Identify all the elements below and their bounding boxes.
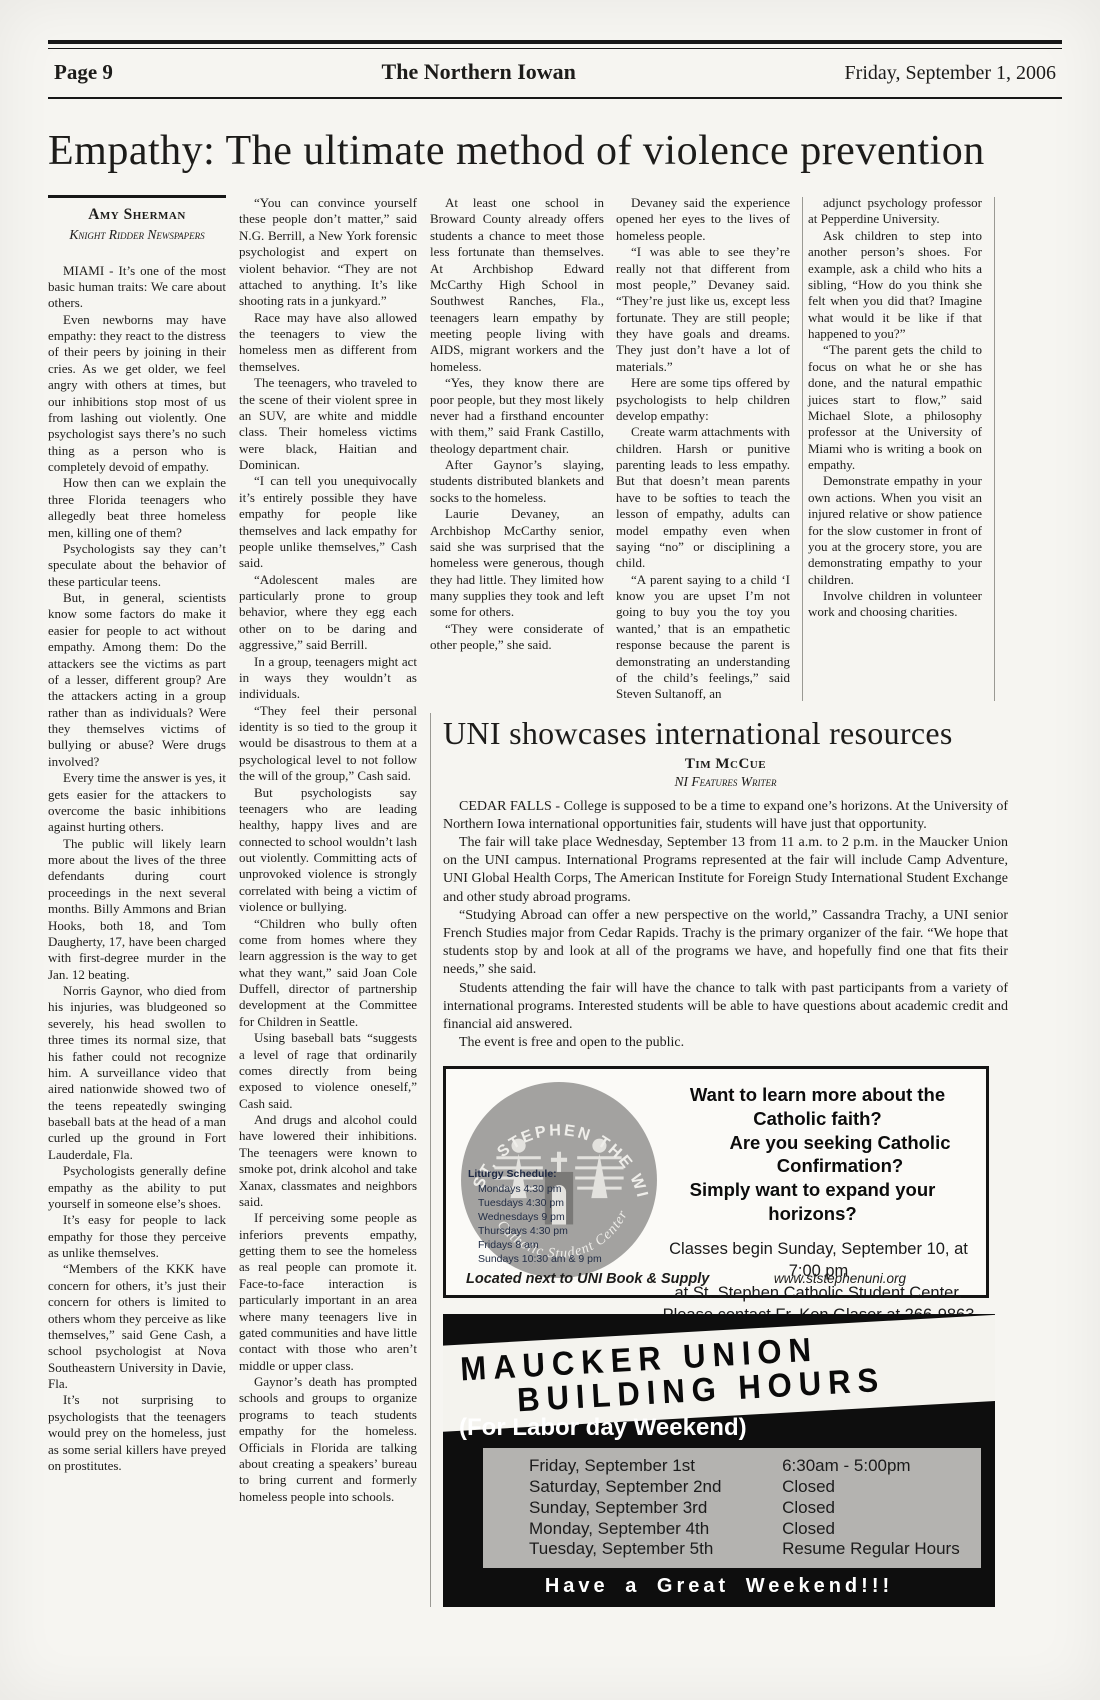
liturgy-line: Thursdays 4:30 pm xyxy=(468,1224,628,1238)
liturgy-line: Fridays 8 am xyxy=(468,1238,628,1252)
article-paragraph: In a group, teenagers might act in ways … xyxy=(239,654,417,703)
empathy-column-5: adjunct psychology professor at Pepperdi… xyxy=(808,195,982,703)
article-paragraph: But, in general, scientists know some fa… xyxy=(48,590,226,770)
column-2-paragraphs: “You can convince yourself these people … xyxy=(239,195,417,1505)
empathy-column-2: “You can convince yourself these people … xyxy=(239,195,417,1505)
article-paragraph: The fair will take place Wednesday, Sept… xyxy=(443,834,1008,907)
article-paragraph: Even newborns may have empathy: they rea… xyxy=(48,312,226,476)
article-paragraph: “I can tell you unequivocally it’s entir… xyxy=(239,473,417,571)
uni-byline-organization: NI Features Writer xyxy=(443,774,1008,790)
right-region: At least one school in Broward County al… xyxy=(430,195,1008,1607)
uni-byline-block: Tim McCue NI Features Writer xyxy=(443,756,1008,790)
byline-author: Amy Sherman xyxy=(48,205,226,225)
article-paragraph: Psychologists generally define empathy a… xyxy=(48,1163,226,1212)
empathy-column-3: At least one school in Broward County al… xyxy=(430,195,604,703)
article-paragraph: “The parent gets the child to focus on w… xyxy=(808,342,982,473)
column-1-paragraphs: MIAMI - It’s one of the most basic human… xyxy=(48,263,226,1475)
article-paragraph: After Gaynor’s slaying, students distrib… xyxy=(430,457,604,506)
schedule-hours: 6:30am - 5:00pm xyxy=(782,1456,973,1477)
column-rule xyxy=(802,197,803,701)
article-paragraph: It’s not surprising to psychologists tha… xyxy=(48,1392,226,1474)
empathy-columns-3-5: At least one school in Broward County al… xyxy=(430,195,1008,703)
catholic-ad-website: www.ststephenuni.org xyxy=(774,1271,906,1287)
uni-byline-author: Tim McCue xyxy=(443,756,1008,773)
schedule-row: Monday, September 4th Closed xyxy=(529,1519,973,1540)
article-paragraph: Race may have also allowed the teenagers… xyxy=(239,310,417,376)
masthead: Page 9 The Northern Iowan Friday, Septem… xyxy=(48,40,1062,99)
article-paragraph: “Adolescent males are particularly prone… xyxy=(239,572,417,654)
article-paragraph: Using baseball bats “suggests a level of… xyxy=(239,1030,417,1112)
schedule-row: Sunday, September 3rd Closed xyxy=(529,1498,973,1519)
issue-date: Friday, September 1, 2006 xyxy=(845,62,1056,85)
schedule-hours: Closed xyxy=(782,1477,973,1498)
article-paragraph: The event is free and open to the public… xyxy=(443,1034,1008,1052)
newspaper-page: Page 9 The Northern Iowan Friday, Septem… xyxy=(0,0,1100,1700)
article-paragraph: “Studying Abroad can offer a new perspec… xyxy=(443,907,1008,980)
schedule-hours: Closed xyxy=(782,1498,973,1519)
article-paragraph: Devaney said the experience opened her e… xyxy=(616,195,790,244)
article-paragraph: And drugs and alcohol could have lowered… xyxy=(239,1112,417,1210)
catholic-ad-footer: Located next to UNI Book & Supply www.st… xyxy=(466,1271,966,1287)
maucker-footer: Have a Great Weekend!!! xyxy=(443,1575,995,1598)
article-paragraph: “A parent saying to a child ‘I know you … xyxy=(616,572,790,703)
maucker-subtitle: (For Labor day Weekend) xyxy=(443,1414,995,1442)
schedule-hours: Resume Regular Hours xyxy=(782,1539,973,1560)
article-paragraph: Psychologists say they can’t speculate a… xyxy=(48,541,226,590)
article-paragraph: Create warm attachments with children. H… xyxy=(616,424,790,571)
empathy-column-1: Amy Sherman Knight Ridder Newspapers MIA… xyxy=(48,195,226,1474)
page-content: Amy Sherman Knight Ridder Newspapers MIA… xyxy=(48,195,1100,1607)
liturgy-line: Wednesdays 9 pm xyxy=(468,1210,628,1224)
article-paragraph: “They feel their personal identity is so… xyxy=(239,703,417,785)
schedule-row: Friday, September 1st 6:30am - 5:00pm xyxy=(529,1456,973,1477)
liturgy-line: Sundays 10:30 am & 9 pm xyxy=(468,1252,628,1266)
uni-article: UNI showcases international resources Ti… xyxy=(443,715,1008,1053)
schedule-day: Sunday, September 3rd xyxy=(529,1498,782,1519)
uni-headline: UNI showcases international resources xyxy=(443,715,1008,752)
catholic-ad-headline-line: Want to learn more about the Catholic fa… xyxy=(661,1083,974,1130)
article-paragraph: adjunct psychology professor at Pepperdi… xyxy=(808,195,982,228)
masthead-top-rule xyxy=(48,40,1062,44)
right-lower-region: UNI showcases international resources Ti… xyxy=(430,713,1008,1608)
article-paragraph: Here are some tips offered by psychologi… xyxy=(616,375,790,424)
article-paragraph: MIAMI - It’s one of the most basic human… xyxy=(48,263,226,312)
empathy-column-4: Devaney said the experience opened her e… xyxy=(616,195,790,703)
article-paragraph: The teenagers, who traveled to the scene… xyxy=(239,375,417,473)
article-paragraph: At least one school in Broward County al… xyxy=(430,195,604,375)
uni-paragraphs: CEDAR FALLS - College is supposed to be … xyxy=(443,798,1008,1053)
masthead-bottom-rule xyxy=(48,97,1062,99)
byline-organization: Knight Ridder Newspapers xyxy=(48,226,226,243)
page-number: Page 9 xyxy=(54,60,113,85)
article-paragraph: CEDAR FALLS - College is supposed to be … xyxy=(443,798,1008,834)
main-headline: Empathy: The ultimate method of violence… xyxy=(48,129,1052,173)
schedule-day: Tuesday, September 5th xyxy=(529,1539,782,1560)
schedule-day: Saturday, September 2nd xyxy=(529,1477,782,1498)
liturgy-schedule: Liturgy Schedule: Mondays 4:30 pmTuesday… xyxy=(468,1167,628,1266)
article-paragraph: It’s easy for people to lack empathy for… xyxy=(48,1212,226,1261)
article-paragraph: Norris Gaynor, who died from his injurie… xyxy=(48,983,226,1163)
schedule-day: Monday, September 4th xyxy=(529,1519,782,1540)
article-paragraph: Students attending the fair will have th… xyxy=(443,980,1008,1035)
article-paragraph: “They were considerate of other people,”… xyxy=(430,621,604,654)
catholic-ad: ST. STEPHEN THE WITNESS Catholic Student… xyxy=(443,1066,989,1298)
article-paragraph: Every time the answer is yes, it gets ea… xyxy=(48,770,226,836)
article-paragraph: Demonstrate empathy in your own actions.… xyxy=(808,473,982,588)
article-paragraph: The public will likely learn more about … xyxy=(48,836,226,983)
newspaper-title: The Northern Iowan xyxy=(382,59,576,85)
schedule-hours: Closed xyxy=(782,1519,973,1540)
article-paragraph: “Children who bully often come from home… xyxy=(239,916,417,1031)
article-paragraph: Gaynor’s death has prompted schools and … xyxy=(239,1374,417,1505)
catholic-ad-headline-line: Are you seeking Catholic Confirmation? xyxy=(706,1131,974,1178)
article-paragraph: “Yes, they know there are poor people, b… xyxy=(430,375,604,457)
article-paragraph: Laurie Devaney, an Archbishop McCarthy s… xyxy=(430,506,604,621)
article-paragraph: “I was able to see they’re really not th… xyxy=(616,244,790,375)
byline-block: Amy Sherman Knight Ridder Newspapers xyxy=(48,195,226,243)
liturgy-line: Tuesdays 4:30 pm xyxy=(468,1196,628,1210)
column-rule xyxy=(994,197,995,701)
article-paragraph: If perceiving some people as inferiors p… xyxy=(239,1210,417,1374)
liturgy-line: Mondays 4:30 pm xyxy=(468,1182,628,1196)
article-paragraph: Ask children to step into another person… xyxy=(808,228,982,343)
article-paragraph: How then can we explain the three Florid… xyxy=(48,475,226,541)
catholic-ad-location: Located next to UNI Book & Supply xyxy=(466,1271,709,1287)
catholic-ad-headline-line: Simply want to expand your horizons? xyxy=(651,1178,974,1225)
schedule-day: Friday, September 1st xyxy=(529,1456,782,1477)
schedule-row: Saturday, September 2nd Closed xyxy=(529,1477,973,1498)
schedule-row: Tuesday, September 5th Resume Regular Ho… xyxy=(529,1539,973,1560)
article-paragraph: Involve children in volunteer work and c… xyxy=(808,588,982,621)
article-paragraph: But psychologists say teenagers who are … xyxy=(239,785,417,916)
maucker-union-ad: MAUCKER UNION BUILDING HOURS (For Labor … xyxy=(443,1314,995,1607)
article-paragraph: “Members of the KKK have concern for oth… xyxy=(48,1261,226,1392)
maucker-schedule: Friday, September 1st 6:30am - 5:00pm Sa… xyxy=(483,1448,981,1568)
article-paragraph: “You can convince yourself these people … xyxy=(239,195,417,310)
liturgy-title: Liturgy Schedule: xyxy=(468,1167,628,1181)
